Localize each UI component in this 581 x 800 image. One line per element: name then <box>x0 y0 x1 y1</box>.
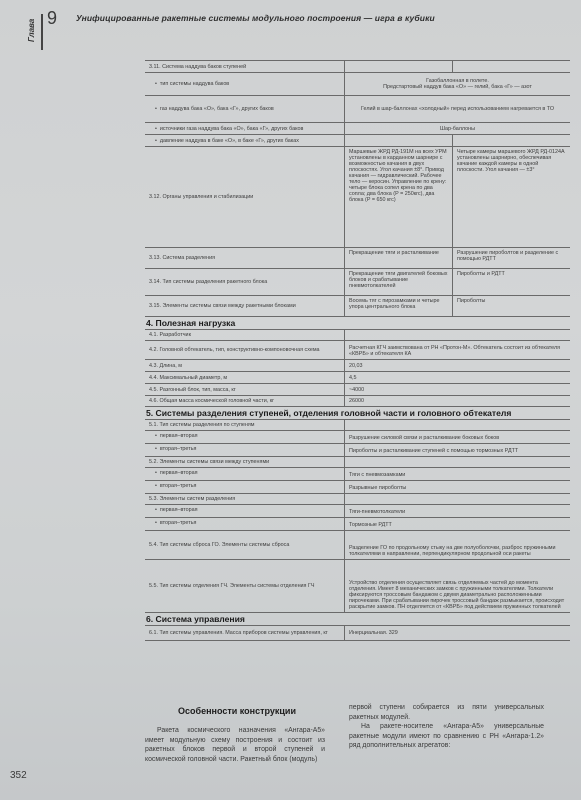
row-value: Шар-баллоны <box>345 123 570 134</box>
table-row: 5.4. Тип системы сброса ГО. Элементы сис… <box>145 530 570 559</box>
table-row: 4.3. Длина, м20,03 <box>145 359 570 371</box>
table-row: вторая–третьяПироболты и расталкивание с… <box>145 443 570 456</box>
chapter-label: Глава <box>27 10 41 50</box>
book-page: Глава 9 Унифицированные ракетные системы… <box>0 0 581 800</box>
table-row: 3.12. Органы управления и стабилизацииМа… <box>145 146 570 247</box>
table-row: 3.15. Элементы системы связи между ракет… <box>145 295 570 316</box>
row-label: 4.3. Длина, м <box>145 360 345 371</box>
row-label: 5.5. Тип системы отделения ГЧ. Элементы … <box>145 560 345 612</box>
table-row: давление наддува в баке «О», в баке «Г»,… <box>145 134 570 146</box>
row-value-stage-1: Восемь тяг с пирозамками и четыре упора … <box>345 296 453 316</box>
table-row: 4.6. Общая масса космической головной ча… <box>145 395 570 406</box>
row-label: 4.5. Разгонный блок, тип, масса, кг <box>145 384 345 395</box>
row-label: газ наддува бака «О», бака «Г», других б… <box>145 96 345 122</box>
row-value-stage-1: Прекращение тяги и расталкивание <box>345 248 453 268</box>
row-value <box>345 330 570 340</box>
table-row: тип системы наддува баковГазобаллонная в… <box>145 72 570 95</box>
row-value: ~4000 <box>345 384 570 395</box>
table-row: 5.2. Элементы системы связи между ступен… <box>145 456 570 467</box>
row-label: 3.11. Система наддува баков ступеней <box>145 61 345 72</box>
row-label: 3.12. Органы управления и стабилизации <box>145 147 345 247</box>
row-label: 3.14. Тип системы разделения ракетного б… <box>145 269 345 295</box>
row-label: источники газа наддува бака «О», бака «Г… <box>145 123 345 134</box>
table-row: первая–втораяТяги с пневмозамками <box>145 467 570 480</box>
row-value: Разделение ГО по продольному стыку на дв… <box>345 531 570 559</box>
row-label: вторая–третья <box>145 481 345 493</box>
row-value: Газобаллонная в полете. Предстартовый на… <box>345 73 570 95</box>
row-label: вторая–третья <box>145 444 345 456</box>
row-label: 5.4. Тип системы сброса ГО. Элементы сис… <box>145 531 345 559</box>
chapter-divider <box>41 14 43 50</box>
table-row: 4.5. Разгонный блок, тип, масса, кг~4000 <box>145 383 570 395</box>
row-label: 4.4. Максимальный диаметр, м <box>145 372 345 383</box>
table-row: 4.4. Максимальный диаметр, м4,5 <box>145 371 570 383</box>
row-label: 4.1. Разработчик <box>145 330 345 340</box>
row-value: Устройство отделения осуществляет связь … <box>345 560 570 612</box>
table-row: вторая–третьяРазрывные пироболты <box>145 480 570 493</box>
running-title: Унифицированные ракетные системы модульн… <box>76 13 435 23</box>
row-value: Гелий в шар-баллонах «холодный» перед ис… <box>345 96 570 122</box>
row-label: давление наддува в баке «О», в баке «Г»,… <box>145 135 345 146</box>
row-value-stage-2 <box>453 61 570 72</box>
row-value <box>345 494 570 504</box>
table-row: 5.1. Тип системы разделения по ступеням <box>145 419 570 430</box>
row-value: Разрушение силовой связи и расталкивание… <box>345 431 570 443</box>
row-value-stage-1: Прекращение тяги двигателей боковых блок… <box>345 269 453 295</box>
row-label: 4.2. Головной обтекатель, тип, конструкт… <box>145 341 345 359</box>
row-value: Пироболты и расталкивание ступеней с пом… <box>345 444 570 456</box>
paragraph: На ракете-носителе «Ангара-А5» универсал… <box>349 722 544 751</box>
row-label: 4.6. Общая масса космической головной ча… <box>145 396 345 406</box>
row-value: Тяги с пневмозамками <box>345 468 570 480</box>
paragraph: первой ступени собирается из пяти универ… <box>349 703 544 722</box>
table-row: 4.2. Головной обтекатель, тип, конструкт… <box>145 340 570 359</box>
row-value <box>345 457 570 467</box>
row-value: Тормозные РДТТ <box>345 518 570 530</box>
table-row: 3.14. Тип системы разделения ракетного б… <box>145 268 570 295</box>
section-heading: 4. Полезная нагрузка <box>145 316 570 329</box>
row-label: 5.3. Элементы систем разделения <box>145 494 345 504</box>
row-value: 4,5 <box>345 372 570 383</box>
row-label: 3.13. Система разделения <box>145 248 345 268</box>
table-row: источники газа наддува бака «О», бака «Г… <box>145 122 570 134</box>
row-label: 6.1. Тип системы управления. Масса прибо… <box>145 626 345 640</box>
table-row: первая–втораяРазрушение силовой связи и … <box>145 430 570 443</box>
page-number: 352 <box>10 770 27 781</box>
table-row: 3.13. Система разделенияПрекращение тяги… <box>145 247 570 268</box>
table-row: газ наддува бака «О», бака «Г», других б… <box>145 95 570 122</box>
row-value-stage-2: Пироболты и РДТТ <box>453 269 570 295</box>
chapter-number: 9 <box>47 8 57 29</box>
table-row: вторая–третьяТормозные РДТТ <box>145 517 570 530</box>
row-value-stage-1 <box>345 135 453 146</box>
table-row: 6.1. Тип системы управления. Масса прибо… <box>145 625 570 641</box>
row-value-stage-2: Четыре камеры маршевого ЖРД РД-0124А уст… <box>453 147 570 247</box>
table-row: 5.5. Тип системы отделения ГЧ. Элементы … <box>145 559 570 612</box>
row-label: тип системы наддува баков <box>145 73 345 95</box>
article-heading: Особенности конструкции <box>178 706 296 716</box>
table-row: 4.1. Разработчик <box>145 329 570 340</box>
table-row: первая–втораяТяги-пневмотолкатели <box>145 504 570 517</box>
row-value-stage-1 <box>345 61 453 72</box>
row-value: Расчетная КГЧ заимствована от РН «Протон… <box>345 341 570 359</box>
row-value: Разрывные пироболты <box>345 481 570 493</box>
section-heading: 6. Система управления <box>145 612 570 625</box>
section-heading: 5. Системы разделения ступеней, отделени… <box>145 406 570 419</box>
row-value-stage-2: Пироболты <box>453 296 570 316</box>
table-row: 3.11. Система наддува баков ступеней <box>145 60 570 72</box>
row-label: первая–вторая <box>145 468 345 480</box>
row-label: 5.1. Тип системы разделения по ступеням <box>145 420 345 430</box>
article-column-right: первой ступени собирается из пяти универ… <box>349 703 544 751</box>
row-label: первая–вторая <box>145 505 345 517</box>
paragraph: Ракета космического назначения «Ангара-А… <box>145 726 325 764</box>
row-label: первая–вторая <box>145 431 345 443</box>
row-value <box>345 420 570 430</box>
table-row: 5.3. Элементы систем разделения <box>145 493 570 504</box>
article-column-left: Ракета космического назначения «Ангара-А… <box>145 726 325 764</box>
row-label: вторая–третья <box>145 518 345 530</box>
row-value: 20,03 <box>345 360 570 371</box>
row-value: Тяги-пневмотолкатели <box>345 505 570 517</box>
row-value-stage-1: Маршевые ЖРД РД-191М на всех УРМ установ… <box>345 147 453 247</box>
row-label: 3.15. Элементы системы связи между ракет… <box>145 296 345 316</box>
row-label: 5.2. Элементы системы связи между ступен… <box>145 457 345 467</box>
specification-table: 3.11. Система наддува баков ступенейтип … <box>145 60 570 641</box>
row-value: 26000 <box>345 396 570 406</box>
row-value: Инерциальная. 329 <box>345 626 570 640</box>
row-value-stage-2 <box>453 135 570 146</box>
row-value-stage-2: Разрушение пироболтов и разделение с пом… <box>453 248 570 268</box>
